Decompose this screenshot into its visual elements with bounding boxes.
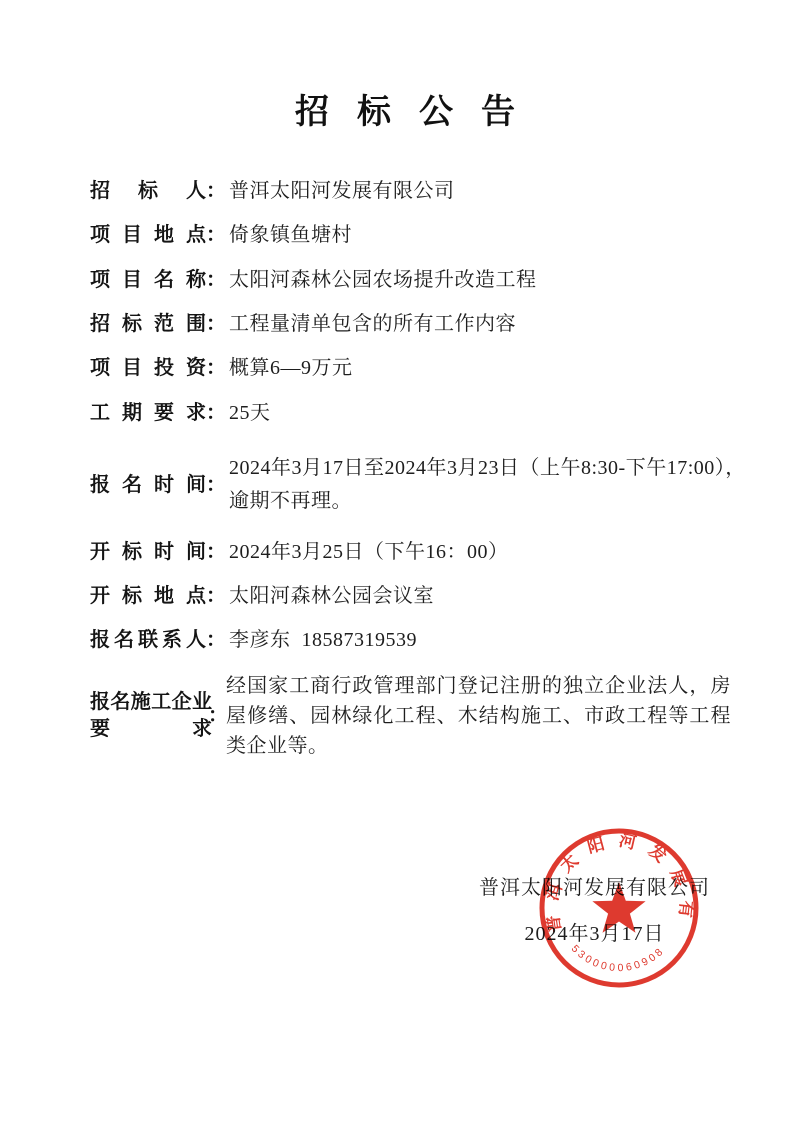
field-value: 经国家工商行政管理部门登记注册的独立企业法人，房屋修缮、园林绿化工程、木结构施工… <box>226 671 731 761</box>
row-contact-person: 报名联系人： 李彦东 18587319539 <box>90 627 417 654</box>
field-value: 2024年3月17日至2024年3月23日（上午8:30-下午17:00），逾期… <box>229 452 749 518</box>
field-value: 概算6—9万元 <box>229 355 353 382</box>
row-registration-time: 报名时间： 2024年3月17日至2024年3月23日（上午8:30-下午17:… <box>90 452 749 518</box>
label-colon: ： <box>206 583 226 610</box>
row-construction-period: 工期要求： 25天 <box>90 400 271 427</box>
signature-date: 2024年3月17日 <box>479 922 710 946</box>
field-label-line1: 报名施工企业 <box>90 689 212 716</box>
field-value: 李彦东 18587319539 <box>229 627 417 654</box>
field-value: 普洱太阳河发展有限公司 <box>229 178 455 205</box>
row-project-location: 项目地点： 倚象镇鱼塘村 <box>90 222 352 249</box>
field-label: 报名时间 <box>90 472 206 499</box>
row-enterprise-requirements: 报名施工企业 要求 ： 经国家工商行政管理部门登记注册的独立企业法人，房屋修缮、… <box>90 671 731 761</box>
field-value: 25天 <box>229 400 271 427</box>
field-label: 招标范围 <box>90 311 206 338</box>
field-label-line2: 要求 <box>90 716 212 743</box>
field-label: 项目投资 <box>90 355 206 382</box>
signature-block: 普洱太阳河发展有限公司 2024年3月17日 <box>479 876 710 946</box>
field-value: 太阳河森林公园会议室 <box>229 583 434 610</box>
field-label: 工期要求 <box>90 400 206 427</box>
label-colon: ： <box>206 355 226 382</box>
field-value: 太阳河森林公园农场提升改造工程 <box>229 267 537 294</box>
label-colon: ： <box>206 400 226 427</box>
row-bid-opening-location: 开标地点： 太阳河森林公园会议室 <box>90 583 434 610</box>
field-label: 开标时间 <box>90 539 206 566</box>
field-label: 项目地点 <box>90 222 206 249</box>
label-colon: ： <box>208 703 228 730</box>
signature-company: 普洱太阳河发展有限公司 <box>479 876 710 900</box>
label-colon: ： <box>206 311 226 338</box>
row-project-name: 项目名称： 太阳河森林公园农场提升改造工程 <box>90 267 537 294</box>
label-colon: ： <box>206 178 226 205</box>
label-colon: ： <box>206 267 226 294</box>
field-value: 工程量清单包含的所有工作内容 <box>229 311 516 338</box>
row-bid-opening-time: 开标时间： 2024年3月25日（下午16：00） <box>90 539 509 566</box>
field-label: 报名联系人 <box>90 627 206 654</box>
label-colon: ： <box>206 222 226 249</box>
label-colon: ： <box>206 627 226 654</box>
field-label-group: 报名时间： <box>90 472 226 499</box>
field-value: 2024年3月25日（下午16：00） <box>229 539 509 566</box>
field-label: 报名施工企业 要求 ： <box>90 689 212 743</box>
label-colon: ： <box>206 539 226 566</box>
row-project-investment: 项目投资： 概算6—9万元 <box>90 355 353 382</box>
field-label: 招标人 <box>90 178 206 205</box>
row-bid-scope: 招标范围： 工程量清单包含的所有工作内容 <box>90 311 516 338</box>
field-value: 倚象镇鱼塘村 <box>229 222 352 249</box>
seal-number-text: 530000060908 <box>569 943 668 975</box>
field-label: 项目名称 <box>90 267 206 294</box>
document-page: 招标公告 招标人： 普洱太阳河发展有限公司 项目地点： 倚象镇鱼塘村 项目名称：… <box>0 0 810 1145</box>
row-bidder: 招标人： 普洱太阳河发展有限公司 <box>90 178 455 205</box>
field-label: 开标地点 <box>90 583 206 610</box>
page-title: 招标公告 <box>0 84 810 133</box>
label-colon: ： <box>206 472 226 499</box>
